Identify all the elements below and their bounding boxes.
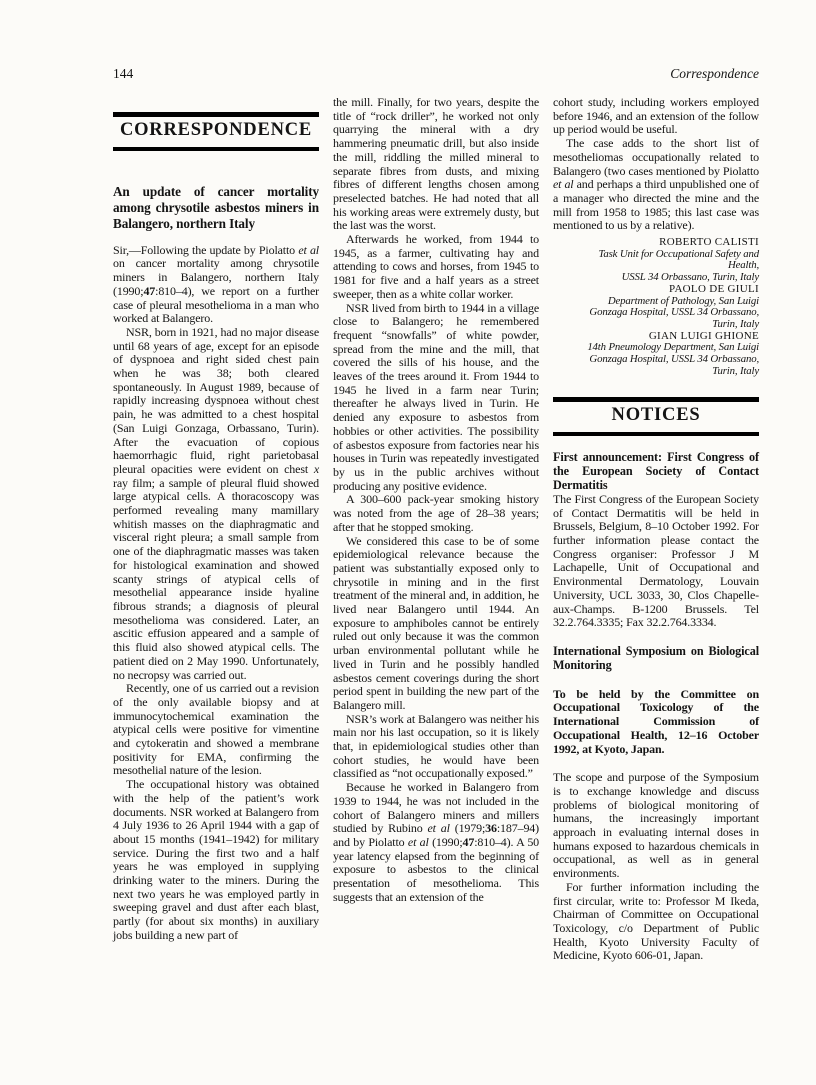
notices-section-title: NOTICES (612, 405, 701, 425)
notice-1-heading: First announcement: First Congress of th… (553, 451, 759, 493)
notice-1-text: The First Congress of the European Socie… (553, 493, 759, 630)
letter-heading: An update of cancer mortality among chry… (113, 184, 319, 232)
paragraph: Recently, one of us carried out a revisi… (113, 682, 319, 778)
signature-block: ROBERTO CALISTITask Unit for Occupationa… (553, 237, 759, 377)
paragraph: Afterwards he worked, from 1944 to 1945,… (333, 233, 539, 302)
running-head: Correspondence (670, 66, 759, 82)
paragraph: NSR’s work at Balangero was neither his … (333, 713, 539, 782)
paragraph: the mill. Finally, for two years, despit… (333, 96, 539, 233)
correspondence-section-title: CORRESPONDENCE (120, 120, 312, 140)
letter-text-column-2: the mill. Finally, for two years, despit… (333, 96, 539, 904)
signature-name: PAOLO DE GIULI (553, 284, 759, 296)
signature-name: ROBERTO CALISTI (553, 237, 759, 249)
signature-affiliation: Turin, Italy (553, 319, 759, 331)
paragraph: The First Congress of the European Socie… (553, 493, 759, 630)
paragraph: NSR lived from birth to 1944 in a villag… (333, 302, 539, 494)
journal-page: 144 Correspondence CORRESPONDENCE An upd… (0, 0, 816, 1085)
paragraph: Because he worked in Balangero from 1939… (333, 781, 539, 904)
paragraph: The occupational history was obtained wi… (113, 778, 319, 942)
column-3: cohort study, including workers employed… (553, 96, 759, 963)
paragraph: We considered this case to be of some ep… (333, 535, 539, 713)
notices-section-box: NOTICES (553, 397, 759, 436)
page-header: 144 Correspondence (113, 66, 759, 82)
signature-affiliation: Gonzaga Hospital, USSL 34 Orbassano, (553, 354, 759, 366)
paragraph: The case adds to the short list of mesot… (553, 137, 759, 233)
correspondence-section-box: CORRESPONDENCE (113, 112, 319, 151)
paragraph: NSR, born in 1921, had no major disease … (113, 326, 319, 682)
columns: CORRESPONDENCE An update of cancer morta… (113, 96, 759, 963)
notice-2-heading: International Symposium on Biological Mo… (553, 645, 759, 673)
column-1: CORRESPONDENCE An update of cancer morta… (113, 96, 319, 943)
letter-text-column-1: Sir,—Following the update by Piolatto et… (113, 244, 319, 943)
paragraph: To be held by the Committee on Occupatio… (553, 688, 759, 757)
paragraph: cohort study, including workers employed… (553, 96, 759, 137)
letter-text-column-3: cohort study, including workers employed… (553, 96, 759, 233)
paragraph: A 300–600 pack-year smoking history was … (333, 493, 539, 534)
notice-2-text: To be held by the Committee on Occupatio… (553, 688, 759, 963)
paragraph: For further information including the fi… (553, 881, 759, 963)
column-2: the mill. Finally, for two years, despit… (333, 96, 539, 904)
paragraph: Sir,—Following the update by Piolatto et… (113, 244, 319, 326)
paragraph: The scope and purpose of the Symposium i… (553, 771, 759, 881)
signature-affiliation: Turin, Italy (553, 366, 759, 378)
page-number: 144 (113, 66, 133, 82)
